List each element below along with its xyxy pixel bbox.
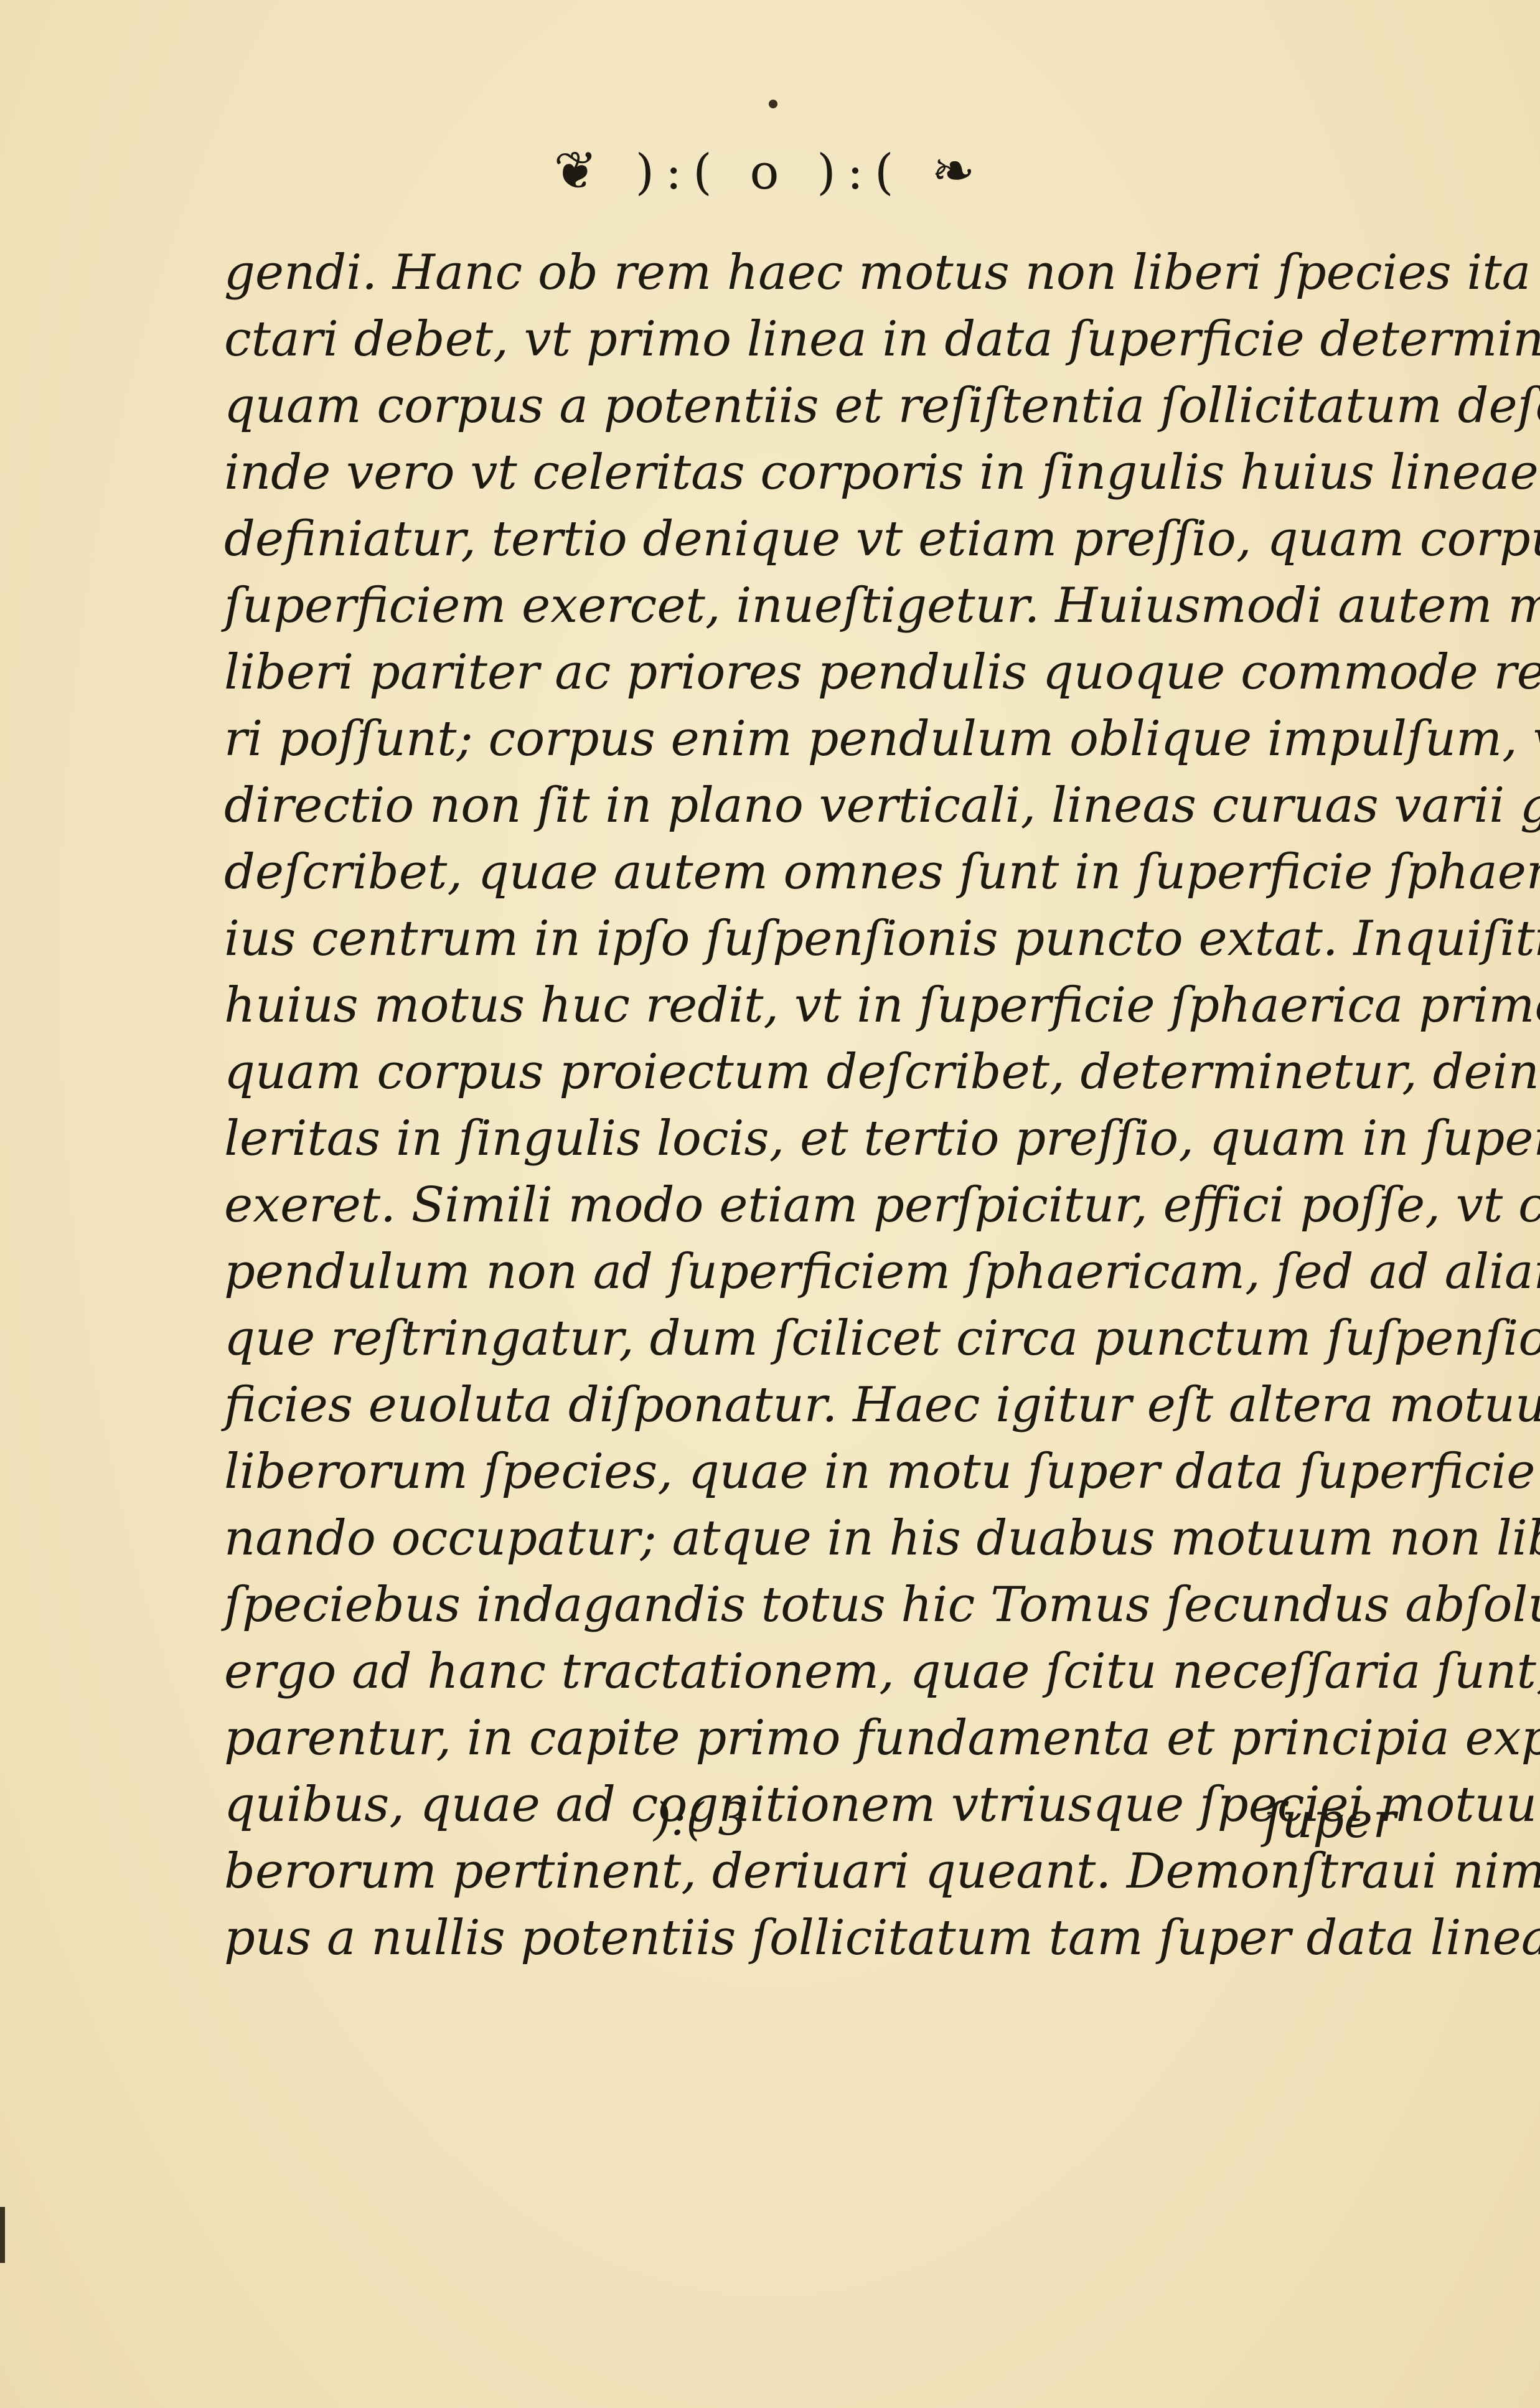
text-line: nando occupatur; atque in his duabus mot… [224,1505,1363,1572]
book-page: ❦ ):( o ):( ❧ gendi. Hanc ob rem haec mo… [0,0,1540,2408]
fleuron-left-icon: ❦ [553,140,608,201]
text-line: parentur, in capite primo fundamenta et … [224,1705,1363,1772]
text-line: que reſtringatur, dum ſcilicet circa pun… [224,1305,1363,1372]
text-line: berorum pertinent, deriuari queant. Demo… [224,1838,1363,1905]
text-line: ergo ad hanc tractationem, quae ſcitu ne… [224,1639,1363,1705]
signature-mark: ):( 3 [654,1793,746,1845]
text-line: ius centrum in ipſo ſuſpenſionis puncto … [224,906,1363,972]
fleuron-right-icon: ❧ [931,140,986,201]
text-line: ficies euoluta diſponatur. Haec igitur e… [224,1372,1363,1439]
text-line: pus a nullis potentiis ſollicitatum tam … [224,1905,1363,1972]
text-line: liberi pariter ac priores pendulis quoqu… [224,639,1363,706]
header-center-mark: ):( o ):( [636,144,905,200]
text-line: quam corpus proiectum deſcribet, determi… [224,1039,1363,1106]
text-line: ri poſſunt; corpus enim pendulum oblique… [224,706,1363,773]
catchword: ſuper [1264,1793,1396,1849]
page-header-ornament: ❦ ):( o ):( ❧ [0,140,1540,201]
text-line: ſuperficiem exercet, inueſtigetur. Huius… [224,573,1363,639]
ink-speck [769,100,777,108]
text-line: leritas in ſingulis locis, et tertio pre… [224,1106,1363,1172]
text-line: liberorum ſpecies, quae in motu ſuper da… [224,1439,1363,1505]
text-line: pendulum non ad ſuperficiem ſphaericam, … [224,1239,1363,1305]
body-text: gendi. Hanc ob rem haec motus non liberi… [224,240,1363,1972]
text-line: exeret. Simili modo etiam perſpicitur, e… [224,1172,1363,1239]
text-line: huius motus huc redit, vt in ſuperficie … [224,972,1363,1039]
ink-mark [0,2207,5,2263]
text-line: ctari debet, vt primo linea in data ſupe… [224,306,1363,373]
text-line: ſpeciebus indagandis totus hic Tomus ſec… [224,1572,1363,1639]
text-line: definiatur, tertio denique vt etiam preſ… [224,506,1363,573]
text-line: inde vero vt celeritas corporis in ſingu… [224,440,1363,506]
text-line: quam corpus a potentiis et reſiſtentia ſ… [224,373,1363,440]
text-line: directio non ſit in plano verticali, lin… [224,773,1363,839]
text-line: gendi. Hanc ob rem haec motus non liberi… [224,240,1363,306]
text-line: deſcribet, quae autem omnes ſunt in ſupe… [224,839,1363,906]
text-line: quibus, quae ad cognitionem vtriusque ſp… [224,1772,1363,1838]
